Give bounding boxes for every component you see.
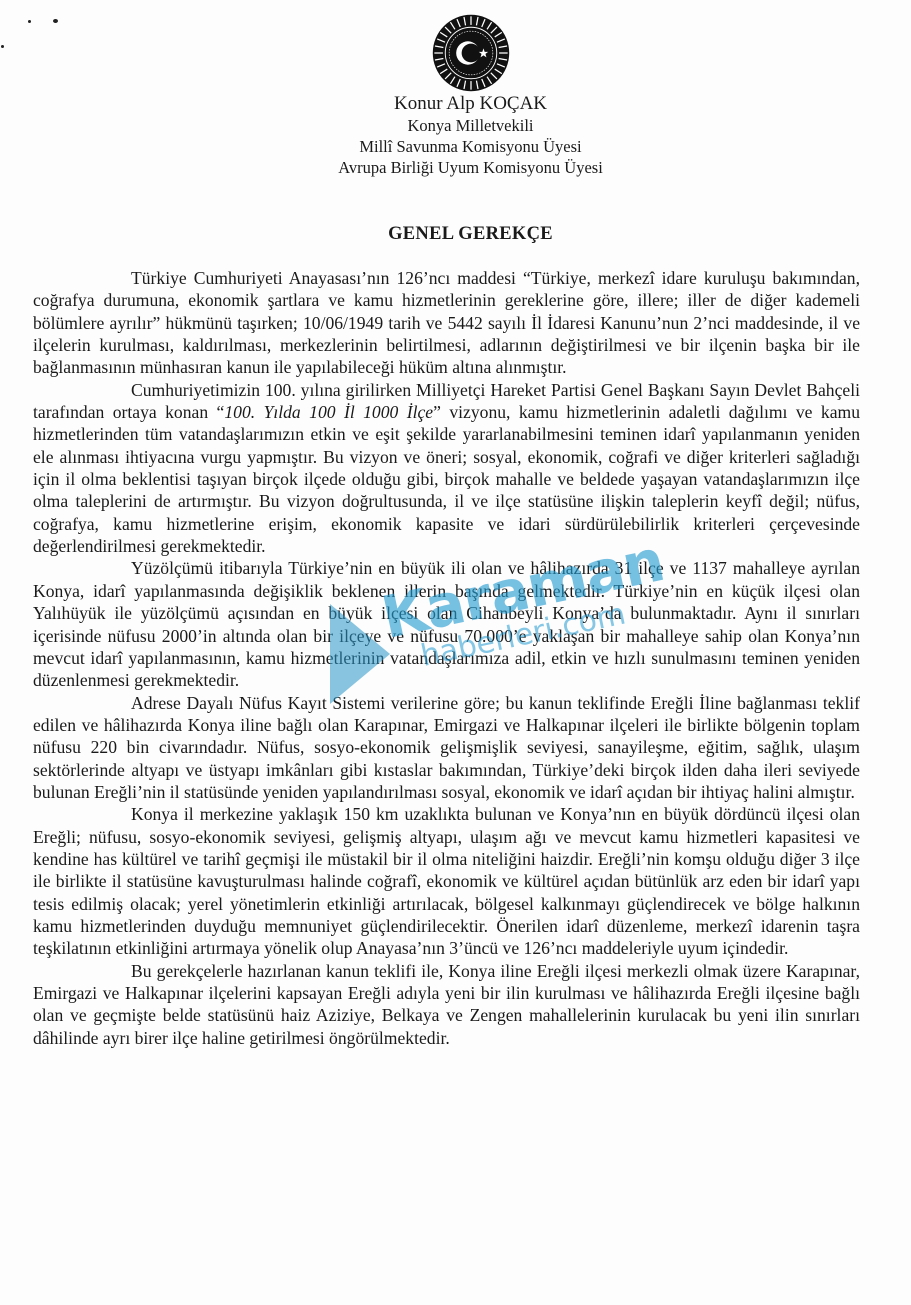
vision-slogan: 100. Yılda 100 İl 1000 İlçe [224, 402, 433, 422]
document-title: GENEL GEREKÇE [0, 224, 911, 245]
paragraph-proposal: Bu gerekçelerle hazırlanan kanun teklifi… [33, 960, 860, 1049]
tbmm-emblem-icon [432, 14, 510, 92]
paragraph-eregli: Konya il merkezine yaklaşık 150 km uzakl… [33, 803, 860, 959]
letterhead: Konur Alp KOÇAK Konya Milletvekili Millî… [0, 93, 911, 178]
deputy-title-defense-committee: Millî Savunma Komisyonu Üyesi [0, 136, 911, 157]
document-body: Türkiye Cumhuriyeti Anayasası’nın 126’nc… [33, 267, 860, 1049]
deputy-name: Konur Alp KOÇAK [0, 93, 911, 115]
paragraph-constitution: Türkiye Cumhuriyeti Anayasası’nın 126’nc… [33, 267, 860, 379]
deputy-title-eu-committee: Avrupa Birliği Uyum Komisyonu Üyesi [0, 157, 911, 178]
document-page: Konur Alp KOÇAK Konya Milletvekili Millî… [0, 0, 911, 1305]
paragraph-konya: Yüzölçümü itibarıyla Türkiye’nin en büyü… [33, 557, 860, 691]
paragraph-vision: Cumhuriyetimizin 100. yılına girilirken … [33, 379, 860, 558]
deputy-title-province: Konya Milletvekili [0, 115, 911, 136]
paragraph-population: Adrese Dayalı Nüfus Kayıt Sistemi verile… [33, 692, 860, 804]
